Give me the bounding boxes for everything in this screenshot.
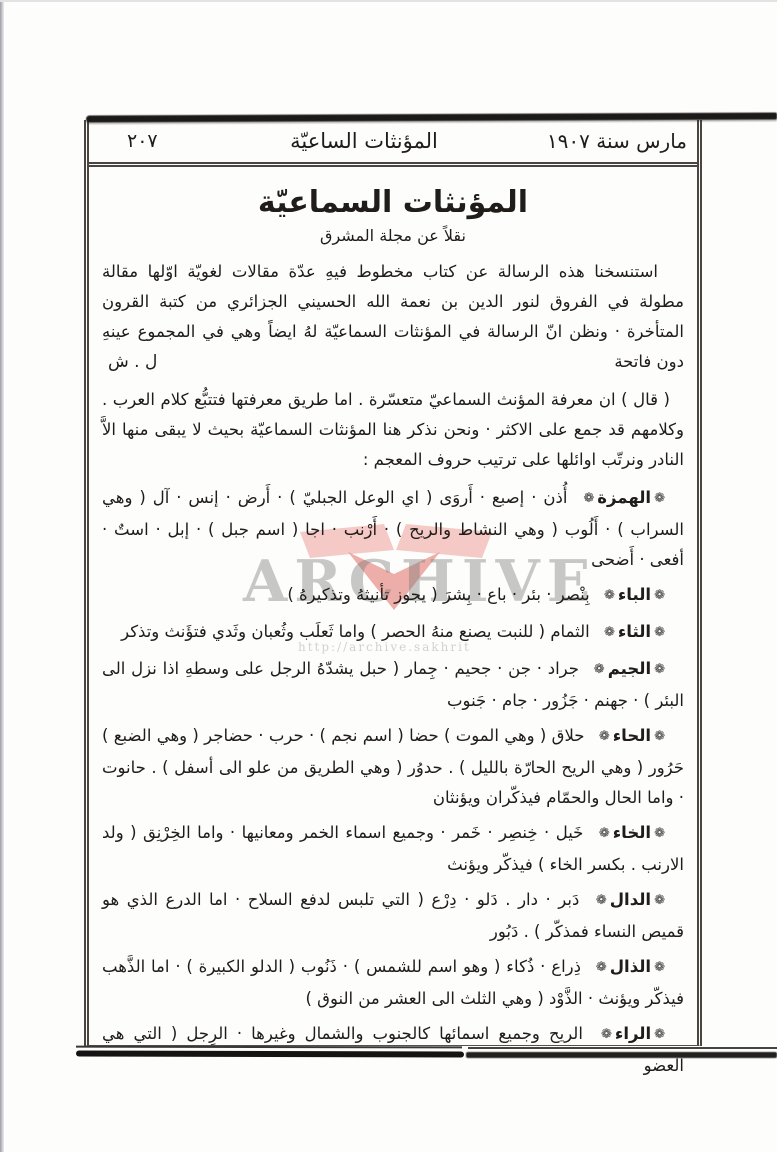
ornament-icon: ❁ — [654, 484, 665, 514]
ornament-icon: ❁ — [599, 722, 610, 752]
entry-letter-label: الهمزة — [597, 488, 651, 507]
ornament-icon: ❁ — [654, 1020, 665, 1050]
ornament-icon: ❁ — [596, 886, 607, 916]
entry-letter-label: الباء — [618, 585, 651, 604]
entry-letter-label: الحاء — [613, 726, 651, 745]
entry-text: الثمام ( للنبت يصنع منهُ الحصر ) واما ثَ… — [121, 622, 590, 641]
ornament-icon: ❁ — [654, 618, 665, 648]
ornament-icon: ❁ — [654, 953, 665, 983]
article-subtitle: نقلاً عن مجلة المشرق — [102, 226, 684, 245]
entry-letter-label: الجيم — [608, 659, 651, 678]
entry-hha: ❁الحاء❁ حلاق ( وهي الموت ) حضا ( اسم نجم… — [102, 721, 684, 813]
entry-dal: ❁الدال❁ دَبر · دار . دَلو · دِرْع ( التي… — [102, 885, 684, 947]
ornament-icon: ❁ — [583, 484, 594, 514]
entry-letter: ❁الباء❁ — [601, 585, 668, 604]
entry-letter: ❁الدال❁ — [593, 890, 668, 909]
entry-letter: ❁الذال❁ — [593, 957, 668, 976]
lead-paragraph: ( قال ) ان معرفة المؤنث السماعيّ متعسّرة… — [102, 385, 684, 475]
entry-ba: ❁الباء❁ بِنْصر · بئر · باع · بِشرَ ( يجو… — [102, 580, 684, 612]
entry-letter-label: الذال — [610, 957, 651, 976]
entry-letter: ❁الخاء❁ — [596, 823, 668, 842]
ornament-icon: ❁ — [654, 722, 665, 752]
header-page-number: ٢٠٧ — [101, 130, 221, 152]
entry-letter: ❁الثاء❁ — [601, 622, 668, 641]
ornament-icon: ❁ — [594, 655, 605, 685]
article-title: المؤنثات السماعيّة — [102, 185, 684, 220]
ornament-icon: ❁ — [604, 618, 615, 648]
entry-letter: ❁الراء❁ — [598, 1024, 668, 1043]
entry-letter-label: الراء — [615, 1024, 651, 1043]
author-initials: ل . ش — [108, 347, 157, 377]
entry-text: بِنْصر · بئر · باع · بِشرَ ( يجوز تأنيثه… — [287, 585, 589, 604]
scan-bar-bottom-right — [466, 1052, 777, 1058]
page-header: مارس سنة ١٩٠٧ المؤنثات الساعيّة ٢٠٧ — [89, 120, 697, 167]
intro-paragraph: استنسخنا هذه الرسالة عن كتاب مخطوط فيهِ … — [102, 257, 684, 377]
scan-edge-top — [0, 0, 777, 2]
entry-letter-label: الثاء — [618, 622, 651, 641]
page-frame: مارس سنة ١٩٠٧ المؤنثات الساعيّة ٢٠٧ المؤ… — [84, 120, 702, 1046]
entry-letter: ❁الجيم❁ — [591, 659, 668, 678]
scan-edge-left — [0, 0, 4, 1152]
ornament-icon: ❁ — [654, 819, 665, 849]
entry-letter: ❁الهمزة❁ — [580, 488, 668, 507]
entry-letter-label: الخاء — [613, 823, 651, 842]
header-running-title: المؤنثات الساعيّة — [221, 129, 507, 153]
ornament-icon: ❁ — [604, 581, 615, 611]
entry-hamza: ❁الهمزة❁ أُذن · إصبع · أَروَى ( اي الوعل… — [102, 483, 684, 575]
ornament-icon: ❁ — [601, 1020, 612, 1050]
entry-tha: ❁الثاء❁ الثمام ( للنبت يصنع منهُ الحصر )… — [102, 617, 684, 649]
scan-bar-bottom-left — [76, 1050, 464, 1057]
entry-letter-label: الدال — [610, 890, 651, 909]
entry-dhal: ❁الذال❁ ذِراع · ذُكاء ( وهو اسم للشمس ) … — [102, 952, 684, 1014]
entry-text: الريح وجميع اسمائها كالجنوب والشمال وغير… — [102, 1024, 684, 1075]
entry-kha: ❁الخاء❁ خَيل · خِنصِر · خَمر · وجميع اسم… — [102, 818, 684, 880]
entry-letter: ❁الحاء❁ — [596, 726, 668, 745]
intro-text: استنسخنا هذه الرسالة عن كتاب مخطوط فيهِ … — [102, 262, 684, 371]
ornament-icon: ❁ — [654, 886, 665, 916]
entry-jim: ❁الجيم❁ جراد · جن · جحيم · جِمار ( حبل ي… — [102, 654, 684, 716]
article-body: المؤنثات السماعيّة نقلاً عن مجلة المشرق … — [89, 167, 697, 1081]
ornament-icon: ❁ — [654, 581, 665, 611]
ornament-icon: ❁ — [599, 819, 610, 849]
ornament-icon: ❁ — [596, 953, 607, 983]
scan-rule-bottom-right — [468, 1047, 777, 1049]
ornament-icon: ❁ — [654, 655, 665, 685]
header-date: مارس سنة ١٩٠٧ — [507, 129, 687, 153]
